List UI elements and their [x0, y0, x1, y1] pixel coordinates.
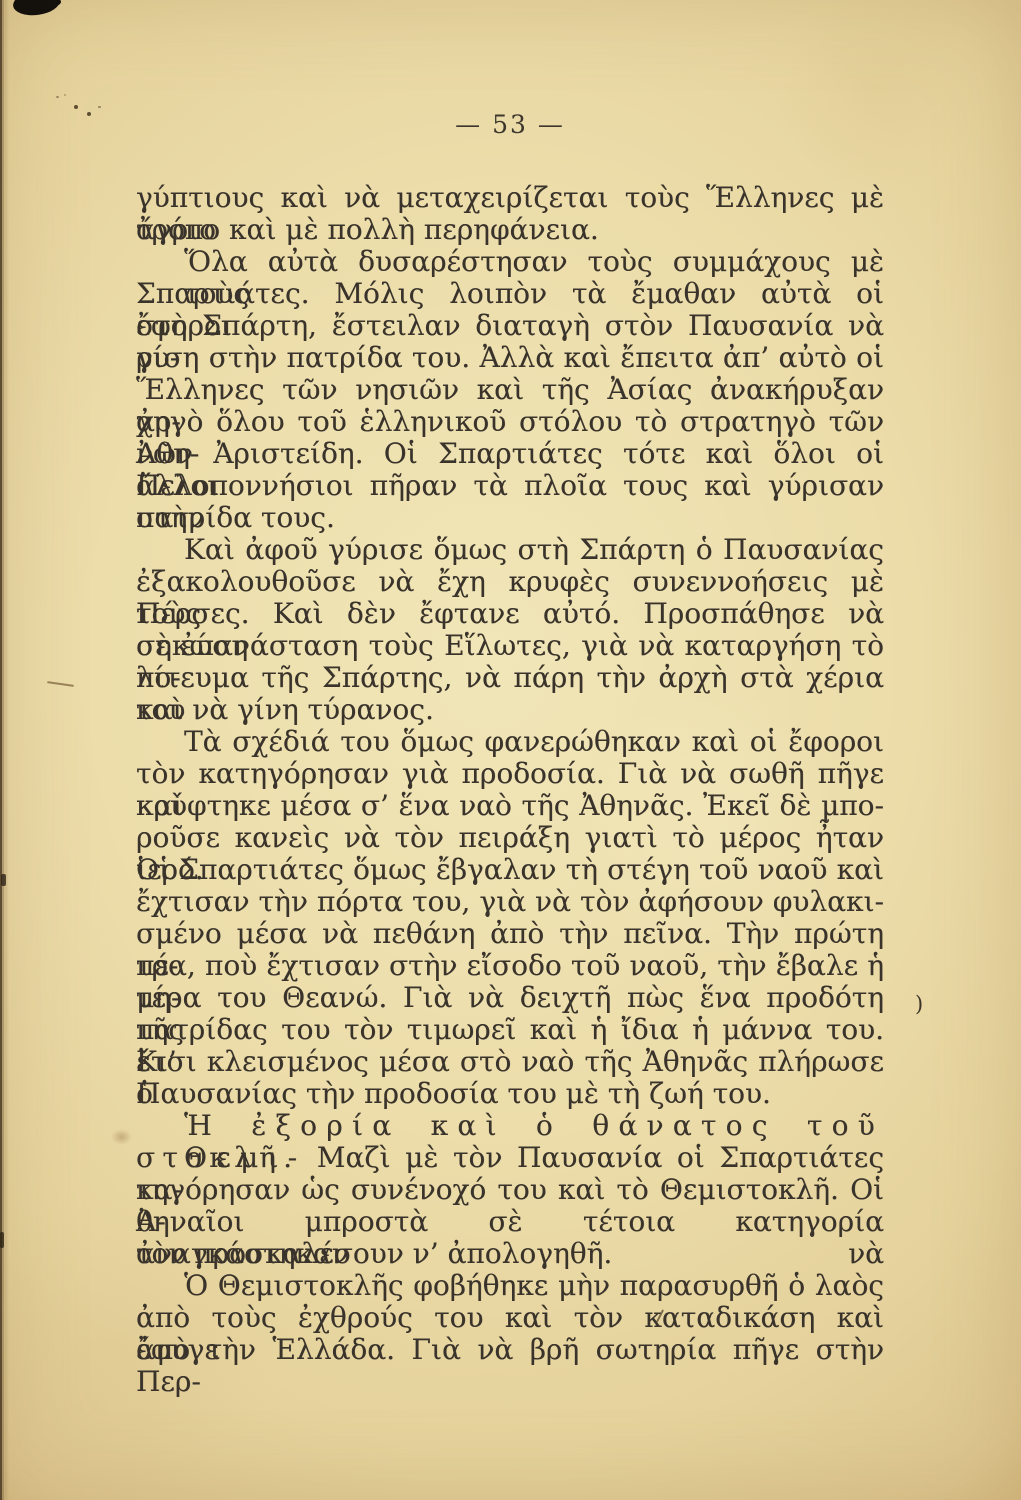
text-line: λίτευμα τῆς Σπάρτης, νὰ πάρη τὴν ἀρχὴ στ… — [136, 662, 884, 694]
text-line: ἀπὸ τοὺς ἐχθρούς του καὶ τὸν καταδικάση … — [136, 1302, 884, 1334]
ink-blot — [12, 0, 62, 18]
text-line: ἔτσι κλεισμένος μέσα στὸ ναὸ τῆς Ἀθηνᾶς … — [136, 1046, 884, 1078]
text-line: κρύφτηκε μέσα σ’ ἕνα ναὸ τῆς Ἀθηνᾶς. Ἐκε… — [136, 790, 884, 822]
book-page: — 53 — γύπτιους καὶ νὰ μεταχειρίζεται το… — [0, 0, 1021, 1500]
page-edge-shadow — [0, 0, 9, 1500]
text-line: τέρα του Θεανώ. Γιὰ νὰ δειχτῆ πὼς ἕνα πρ… — [136, 982, 884, 1014]
ink-speck — [87, 112, 91, 116]
text-block: γύπτιους καὶ νὰ μεταχειρίζεται τοὺς Ἕλλη… — [136, 182, 884, 1366]
text-line: Πελοποννήσιοι πῆραν τὰ πλοῖα τους καὶ γύ… — [136, 470, 884, 502]
text-line: πατρίδας του τὸν τιμωρεῖ καὶ ἡ ἴδια ἡ μά… — [136, 1014, 884, 1046]
text-line: Ἕλληνες τῶν νησιῶν καὶ τῆς Ἀσίας ἀνακήρυ… — [136, 374, 884, 406]
text-line: γύπτιους καὶ νὰ μεταχειρίζεται τοὺς Ἕλλη… — [136, 182, 884, 214]
spaced-heading-continuation: στοκλῆ. — [136, 1141, 299, 1174]
text-line: Ὁ Θεμιστοκλῆς φοβήθηκε μὴν παρασυρθῆ ὁ λ… — [136, 1270, 884, 1302]
text-line: τρόπο καὶ μὲ πολλὴ περηφάνεια. — [136, 214, 884, 246]
text-line: ἐξακολουθοῦσε νὰ ἔχη κρυφὲς συνεννοήσεις… — [136, 566, 884, 598]
text-line: τρα, ποὺ ἔχτισαν στὴν εἴσοδο τοῦ ναοῦ, τ… — [136, 950, 884, 982]
ink-speck — [56, 96, 59, 98]
text-line: ἀπὸ τὴν Ἑλλάδα. Γιὰ νὰ βρῆ σωτηρία πῆγε … — [136, 1334, 884, 1366]
text-line: Καὶ ἀφοῦ γύρισε ὅμως στὴ Σπάρτη ὁ Παυσαν… — [136, 534, 884, 566]
text-line: Ἡ ἐξορία καὶ ὁ θάνατος τοῦ Θεμι- — [136, 1110, 884, 1142]
text-line: Ὅλα αὐτὰ δυσαρέστησαν τοὺς συμμάχους μὲ … — [136, 246, 884, 278]
text-line: χηγὸ ὅλου τοῦ ἑλληνικοῦ στόλου τὸ στρατη… — [136, 406, 884, 438]
ink-speck — [74, 105, 78, 109]
ink-speck — [64, 94, 66, 96]
pencil-mark — [47, 681, 74, 687]
text-line: νῶν Ἀριστείδη. Οἱ Σπαρτιάτες τότε καὶ ὅλ… — [136, 438, 884, 470]
text-line: θηναῖοι μπροστὰ σὲ τέτοια κατηγορία ἀναγ… — [136, 1206, 884, 1238]
edge-tick-mark — [0, 1232, 4, 1248]
text-line: τὸν κατηγόρησαν γιὰ προδοσία. Γιὰ νὰ σωθ… — [136, 758, 884, 790]
text-line: στὴ Σπάρτη, ἔστειλαν διαταγὴ στὸν Παυσαν… — [136, 310, 884, 342]
page-number: — 53 — — [136, 110, 884, 139]
text-line: ἔχτισαν τὴν πόρτα του, γιὰ νὰ τὸν ἀφήσου… — [136, 886, 884, 918]
text-line: Παυσανίας τὴν προδοσία του μὲ τὴ ζωή του… — [136, 1078, 884, 1110]
stray-paren-mark: ) — [915, 992, 923, 1016]
ink-smudge — [111, 1129, 132, 1145]
edge-tick-mark — [1, 874, 6, 886]
text-line: στοκλῆ. Μαζὶ μὲ τὸν Παυσανία οἱ Σπαρτιάτ… — [136, 1142, 884, 1174]
text-line: σμένο μέσα νὰ πεθάνη ἀπὸ τὴν πεῖνα. Τὴν … — [136, 918, 884, 950]
text-line: ροῦσε κανεὶς νὰ τὸν πειράξη γιατὶ τὸ μέρ… — [136, 822, 884, 854]
text-line: Οἱ Σπαρτιάτες ὅμως ἔβγαλαν τὴ στέγη τοῦ … — [136, 854, 884, 886]
text-line: καὶ νὰ γίνη τύρανος. — [136, 694, 884, 726]
text-line: ρίση στὴν πατρίδα του. Ἀλλὰ καὶ ἔπειτα ἀ… — [136, 342, 884, 374]
text-line: Τὰ σχέδιά του ὅμως φανερώθηκαν καὶ οἱ ἔφ… — [136, 726, 884, 758]
text-line: σὲ ἐπανάσταση τοὺς Εἵλωτες, γιὰ νὰ καταρ… — [136, 630, 884, 662]
text-line: Πέρσες. Καὶ δὲν ἔφτανε αὐτό. Προσπάθησε … — [136, 598, 884, 630]
text-line: τηγόρησαν ὡς συνένοχό του καὶ τὸ Θεμιστο… — [136, 1174, 884, 1206]
text-line: Σπαρτιάτες. Μόλις λοιπὸν τὰ ἔμαθαν αὐτὰ … — [136, 278, 884, 310]
ink-speck — [98, 106, 101, 108]
text-line: πατρίδα τους. — [136, 502, 884, 534]
